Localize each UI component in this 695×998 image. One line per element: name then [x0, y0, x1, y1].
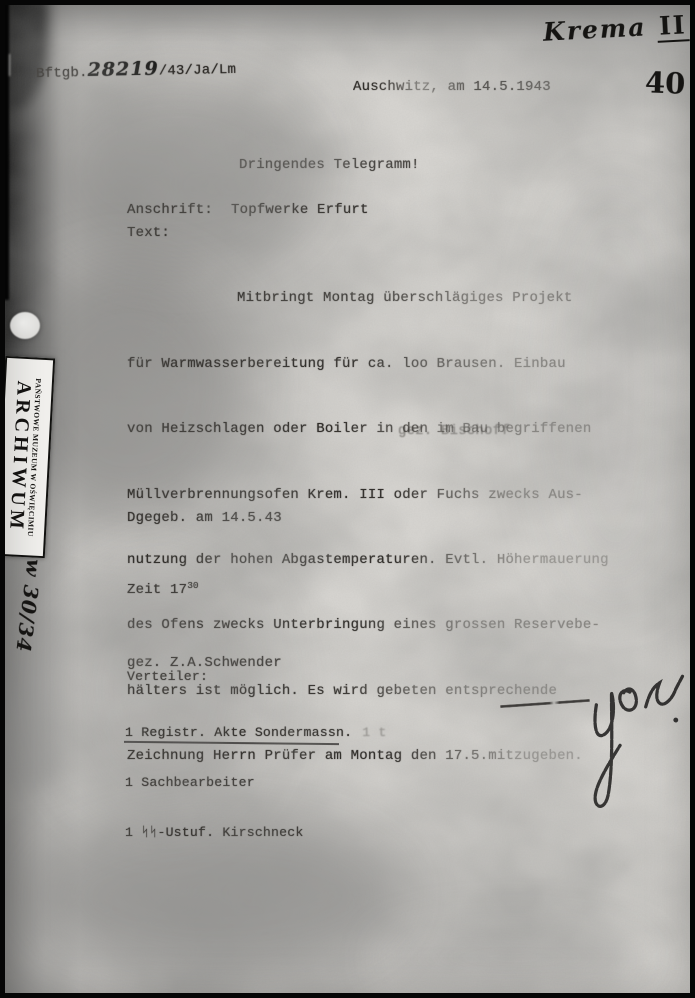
- distribution-item: 1 ᛋᛋ-Ustuf. Kirschneck: [125, 825, 387, 842]
- edge-mark: [0, 54, 10, 76]
- photo-edge: [0, 0, 9, 300]
- telegram-heading: Dringendes Telegramm!: [239, 157, 420, 173]
- dateline: Auschwitz, am 14.5.1943: [353, 79, 551, 95]
- registry-suffix: /43/Ja/Lm: [159, 62, 237, 80]
- address-line: Anschrift:Topfwerke Erfurt: [127, 202, 369, 218]
- handwritten-scrawl: [576, 671, 695, 830]
- museum-archive-stamp: PAŃSTWOWE MUZEUM W OŚWIĘCIMIU ARCHIWUM: [0, 356, 55, 558]
- smudge: [380, 925, 650, 990]
- dispatch-date: Dgegeb. am 14.5.43: [127, 506, 282, 530]
- dispatch-time-prefix: Zeit 17: [127, 582, 187, 598]
- handwritten-krema-note: Krema II: [542, 10, 689, 47]
- body-line: Mitbringt Montag überschlägiges Projekt: [127, 288, 609, 310]
- faded-text: 1 t: [362, 725, 386, 740]
- scanned-telegram-photo: Bftgb.28219/43/Ja/Lm Auschwitz, am 14.5.…: [0, 0, 695, 998]
- dispatch-time: Zeit 1730: [127, 578, 282, 603]
- distribution-heading: Verteiler:: [127, 669, 208, 684]
- distribution-item: 1 Registr. Akte Sondermassn.1 t: [125, 725, 387, 742]
- distribution-item-text: 1 Registr. Akte Sondermassn.: [125, 725, 352, 740]
- document-page: Bftgb.28219/43/Ja/Lm Auschwitz, am 14.5.…: [0, 0, 695, 998]
- address-label: Anschrift:: [127, 202, 213, 218]
- punch-hole: [10, 312, 40, 339]
- handwritten-page-number: 40: [644, 65, 686, 100]
- krema-numeral: II: [656, 10, 689, 43]
- address-value: Topfwerke Erfurt: [231, 202, 369, 218]
- body-line: für Warmwasserbereitung für ca. loo Brau…: [127, 354, 609, 376]
- text-label: Text:: [127, 223, 170, 245]
- distribution-item: 1 Sachbearbeiter: [125, 775, 387, 792]
- distribution-list: 1 Registr. Akte Sondermassn.1 t 1 Sachbe…: [125, 691, 387, 876]
- body-line: von Heizschlagen oder Boiler in den im B…: [127, 419, 609, 441]
- krema-word: Krema: [542, 12, 647, 46]
- registry-line: Bftgb.28219/43/Ja/Lm: [36, 56, 237, 82]
- registry-prefix: Bftgb.: [36, 65, 88, 82]
- registry-number-handwritten: 28219: [87, 58, 159, 81]
- signature-line: gez. Bischoff: [398, 423, 510, 439]
- dispatch-time-superscript: 30: [187, 580, 198, 591]
